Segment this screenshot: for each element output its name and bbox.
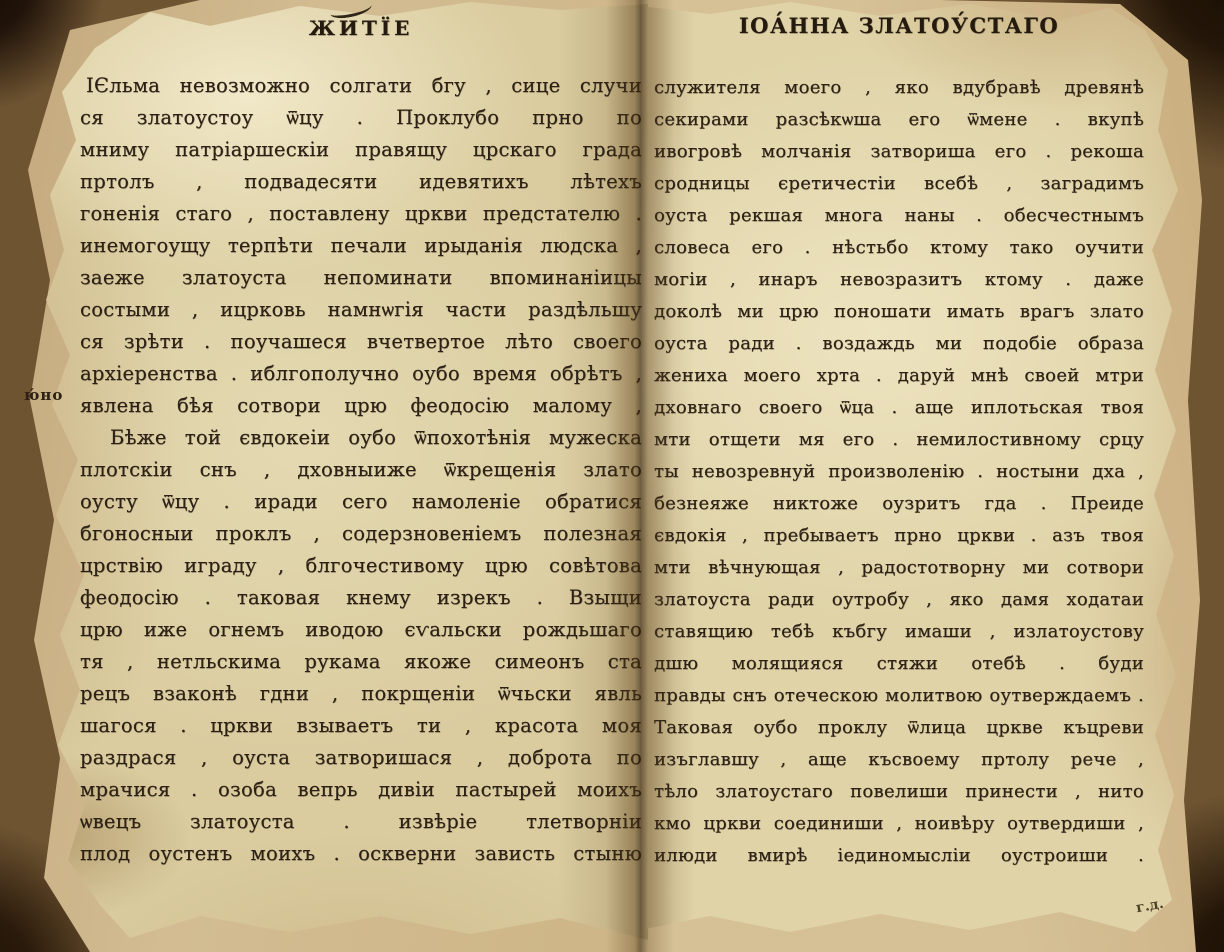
- text-line: бгоносныи проклъ , содерзновеніемъ полез…: [80, 518, 642, 550]
- text-line: Таковая оубо проклу ѿлица цркве къцреви: [654, 712, 1144, 744]
- text-line: євдокія , пребываетъ прно цркви . азъ тв…: [654, 520, 1144, 552]
- text-line: служителя моего , яко вдубравѣ древянѣ: [654, 72, 1144, 104]
- text-line: ся златоустоу ѿцу . Проклубо прно по: [80, 102, 642, 134]
- text-line: могіи , инаръ невозразитъ ктому . даже: [654, 264, 1144, 296]
- text-line: сродницы єретичестіи всебѣ , заградимъ: [654, 168, 1144, 200]
- text-line: мрачися . озоба вепрь дивіи пастырей мои…: [80, 774, 642, 806]
- text-line: златоуста ради оутробу , яко дамя ходата…: [654, 584, 1144, 616]
- text-line: гоненія стаго , поставлену цркви предста…: [80, 198, 642, 230]
- text-line: дховнаго своего ѿца . аще иплотьская тво…: [654, 392, 1144, 424]
- text-line: ся зрѣти . поучашеся вчетвертое лѣто сво…: [80, 326, 642, 358]
- text-line: феодосію . таковая кнему изрекъ . Взыщи: [80, 582, 642, 614]
- text-line: словеса его . нѣстьбо ктому тако оучити: [654, 232, 1144, 264]
- text-line: пртолъ , подвадесяти идевятихъ лѣтехъ: [80, 166, 642, 198]
- text-line: явлена бѣя сотвори црю феодосію малому ,: [80, 390, 642, 422]
- text-line: оуста рекшая многа наны . обесчестнымъ: [654, 200, 1144, 232]
- text-line: ты невозревнуй произволенію . ностыни дх…: [654, 456, 1144, 488]
- text-line: раздрася , оуста затворишася , доброта п…: [80, 742, 642, 774]
- text-line: плотскіи снъ , дховныиже ѿкрещенія злато: [80, 454, 642, 486]
- text-line: безнеяже никтоже оузритъ гда . Преиде: [654, 488, 1144, 520]
- margin-note: ю́но: [24, 386, 63, 404]
- text-line: ІЄльма невозможно солгати бгу , сице слу…: [80, 70, 642, 102]
- text-line: инемогоущу терпѣти печали ирыданія людск…: [80, 230, 642, 262]
- left-running-header: ЖИТЇЕ: [80, 16, 642, 40]
- text-line: ивогровѣ молчанія затвориша его . рекоша: [654, 136, 1144, 168]
- text-line: мти отщети мя его . немилостивному срцу: [654, 424, 1144, 456]
- text-line: дшю молящияся стяжи отебѣ . буди: [654, 648, 1144, 680]
- text-line: тѣло златоустаго повелиши принести , нит…: [654, 776, 1144, 808]
- text-line: мти вѣчнующая , радостотворну ми сотвори: [654, 552, 1144, 584]
- text-line: шагося . цркви взываетъ ти , красота моя: [80, 710, 642, 742]
- text-line: црствію играду , блгочестивому црю совѣт…: [80, 550, 642, 582]
- text-line: илюди вмирѣ іединомысліи оустроиши .: [654, 840, 1144, 872]
- text-line: состыми , ицрковь намнѡгія части раздѣль…: [80, 294, 642, 326]
- right-page-text: служителя моего , яко вдубравѣ древянѣсе…: [654, 72, 1144, 872]
- text-line: ставящию тебѣ къбгу имаши , излатоустову: [654, 616, 1144, 648]
- text-line: ѡвецъ златоуста . извѣріе тлетворніи: [80, 806, 642, 838]
- text-line: жениха моего хрта . даруй мнѣ своей мтри: [654, 360, 1144, 392]
- text-line: правды снъ отеческою молитвою оутверждае…: [654, 680, 1144, 712]
- text-line: оусту ѿцу . иради сего намоленіе обратис…: [80, 486, 642, 518]
- text-line: заеже златоуста непоминати впоминаніицы: [80, 262, 642, 294]
- text-line: секирами разсѣкѡша его ѿмене . вкупѣ: [654, 104, 1144, 136]
- text-line: изъглавшу , аще късвоему пртолу рече ,: [654, 744, 1144, 776]
- right-running-header: ІОА́ННА ЗЛАТОУ́СТАГО: [654, 13, 1144, 38]
- text-line: оуста ради . воздаждь ми подобіе образа: [654, 328, 1144, 360]
- text-line: тя , нетльскима рукама якоже симеонъ ста: [80, 646, 642, 678]
- text-line: црю иже огнемъ иводою єѵальски рождьшаго: [80, 614, 642, 646]
- text-line: мниму патріаршескіи правящу црскаго град…: [80, 134, 642, 166]
- book-scan: ЖИТЇЕ ІОА́ННА ЗЛАТОУ́СТАГО ю́но ІЄльма н…: [0, 0, 1224, 952]
- text-line: кмо цркви соединиши , ноивѣру оутвердиши…: [654, 808, 1144, 840]
- text-line: плод оустенъ моихъ . оскверни зависть ст…: [80, 838, 642, 870]
- text-line: доколѣ ми црю поношати имать врагъ злато: [654, 296, 1144, 328]
- left-page-text: ІЄльма невозможно солгати бгу , сице слу…: [80, 70, 642, 870]
- text-line: рецъ взаконѣ гдни , покрщеніи ѿчьски явл…: [80, 678, 642, 710]
- text-line: архіеренства . иблгополучно оубо время о…: [80, 358, 642, 390]
- text-line: Бѣже той євдокеіи оубо ѿпохотѣнія мужеск…: [80, 422, 642, 454]
